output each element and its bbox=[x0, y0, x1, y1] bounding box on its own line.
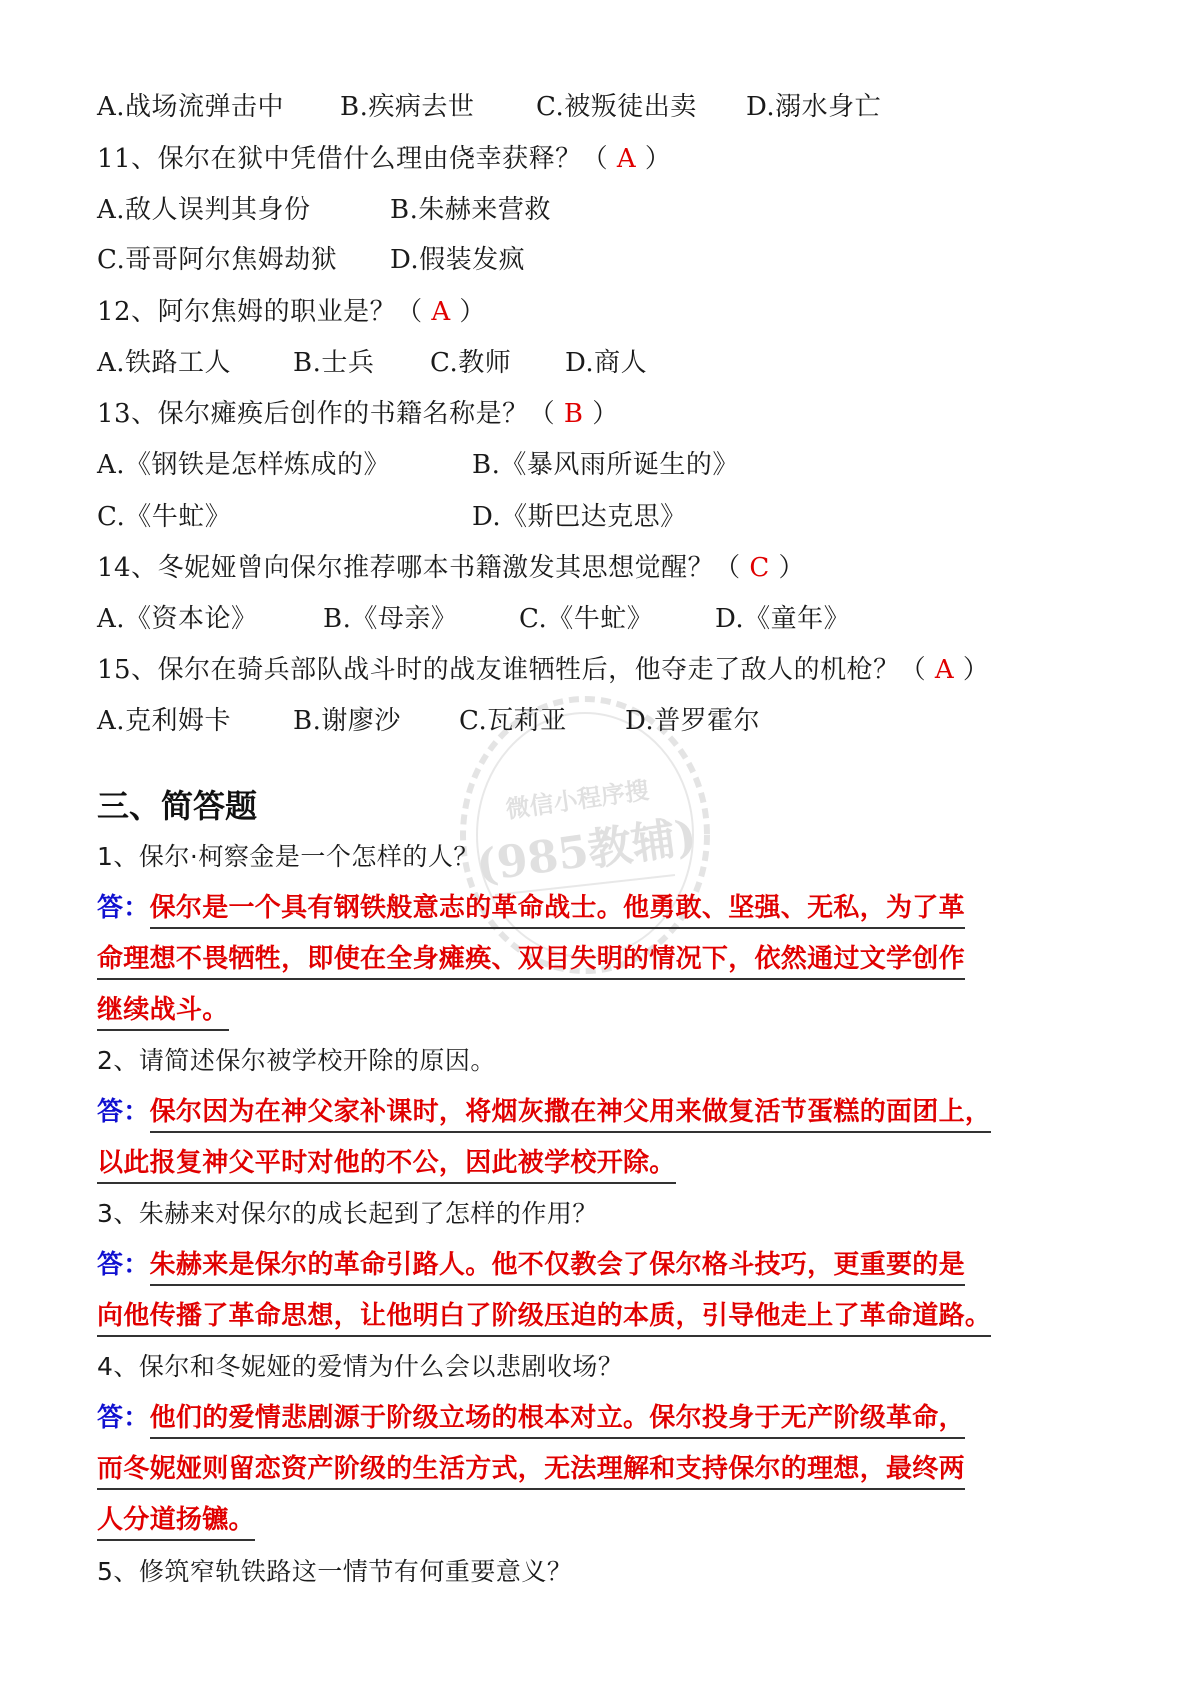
question-11-options-row2: C.哥哥阿尔焦姆劫狱D.假装发疯 bbox=[97, 243, 525, 277]
short-answer-1-line1: 答：保尔是一个具有钢铁般意志的革命战士。他勇敢、坚强、无私，为了革 bbox=[97, 891, 965, 929]
close-paren: ） bbox=[645, 144, 672, 174]
q12-option-a: A.铁路工人 bbox=[97, 346, 293, 380]
question-13: 13、保尔瘫痪后创作的书籍名称是？（ B ） bbox=[97, 397, 619, 431]
answer-label: 答： bbox=[97, 1097, 150, 1127]
document-page: 微信小程序搜 (985教辅) A.战场流弹击中B.疾病去世C.被叛徒出卖D.溺水… bbox=[0, 0, 1190, 1683]
answer-text: 保尔是一个具有钢铁般意志的革命战士。他勇敢、坚强、无私，为了革 bbox=[150, 891, 965, 929]
close-paren: ） bbox=[592, 399, 619, 429]
question-13-options-row2: C.《牛虻》D.《斯巴达克思》 bbox=[97, 500, 687, 534]
short-answer-4-line3: 人分道扬镳。 bbox=[97, 1503, 255, 1541]
q12-option-d: D.商人 bbox=[565, 346, 647, 380]
short-answer-2-line1: 答：保尔因为在神父家补课时，将烟灰撒在神父用来做复活节蛋糕的面团上， bbox=[97, 1095, 991, 1133]
short-answer-1-line3: 继续战斗。 bbox=[97, 993, 229, 1031]
answer-letter: A bbox=[431, 297, 450, 327]
q11-option-a: A.敌人误判其身份 bbox=[97, 193, 390, 227]
answer-text: 朱赫来是保尔的革命引路人。他不仅教会了保尔格斗技巧，更重要的是 bbox=[150, 1248, 965, 1286]
answer-label: 答： bbox=[97, 1250, 150, 1280]
q10-option-c: C.被叛徒出卖 bbox=[536, 90, 746, 124]
question-13-options-row1: A.《钢铁是怎样炼成的》B.《暴风雨所诞生的》 bbox=[97, 448, 739, 482]
question-14-options: A.《资本论》B.《母亲》C.《牛虻》D.《童年》 bbox=[97, 602, 850, 636]
watermark-text-line2: (985教辅) bbox=[472, 800, 700, 894]
short-question-1: 1、保尔·柯察金是一个怎样的人？ bbox=[97, 840, 479, 874]
q14-option-a: A.《资本论》 bbox=[97, 602, 323, 636]
short-question-4: 4、保尔和冬妮娅的爱情为什么会以悲剧收场？ bbox=[97, 1350, 623, 1384]
q13-option-a: A.《钢铁是怎样炼成的》 bbox=[97, 448, 472, 482]
short-answer-2-line2: 以此报复神父平时对他的不公，因此被学校开除。 bbox=[97, 1146, 676, 1184]
question-text: 13、保尔瘫痪后创作的书籍名称是？（ bbox=[97, 399, 555, 429]
short-answer-4-line2: 而冬妮娅则留恋资产阶级的生活方式，无法理解和支持保尔的理想，最终两 bbox=[97, 1452, 965, 1490]
q14-option-b: B.《母亲》 bbox=[323, 602, 519, 636]
answer-letter: A bbox=[935, 655, 954, 685]
answer-letter: B bbox=[564, 399, 584, 429]
answer-text: 保尔因为在神父家补课时，将烟灰撒在神父用来做复活节蛋糕的面团上， bbox=[150, 1095, 992, 1133]
q11-option-b: B.朱赫来营救 bbox=[390, 193, 551, 227]
q15-option-b: B.谢廖沙 bbox=[293, 704, 459, 738]
answer-letter: C bbox=[749, 553, 769, 583]
short-answer-4-line1: 答：他们的爱情悲剧源于阶级立场的根本对立。保尔投身于无产阶级革命， bbox=[97, 1401, 965, 1439]
answer-text: 而冬妮娅则留恋资产阶级的生活方式，无法理解和支持保尔的理想，最终两 bbox=[97, 1452, 965, 1490]
answer-text: 命理想不畏牺牲，即使在全身瘫痪、双目失明的情况下，依然通过文学创作 bbox=[97, 942, 965, 980]
q14-option-d: D.《童年》 bbox=[715, 602, 850, 636]
question-text: 12、阿尔焦姆的职业是？（ bbox=[97, 297, 423, 327]
short-answer-3-line1: 答：朱赫来是保尔的革命引路人。他不仅教会了保尔格斗技巧，更重要的是 bbox=[97, 1248, 965, 1286]
q12-option-b: B.士兵 bbox=[293, 346, 430, 380]
q12-option-c: C.教师 bbox=[430, 346, 565, 380]
q15-option-d: D.普罗霍尔 bbox=[625, 704, 760, 738]
q10-option-d: D.溺水身亡 bbox=[746, 90, 881, 124]
watermark-text-line1: 微信小程序搜 bbox=[503, 770, 650, 825]
question-12-options: A.铁路工人B.士兵C.教师D.商人 bbox=[97, 346, 647, 380]
question-text: 15、保尔在骑兵部队战斗时的战友谁牺牲后，他夺走了敌人的机枪？（ bbox=[97, 655, 926, 685]
q11-option-c: C.哥哥阿尔焦姆劫狱 bbox=[97, 243, 390, 277]
q13-option-d: D.《斯巴达克思》 bbox=[472, 500, 687, 534]
q13-option-c: C.《牛虻》 bbox=[97, 500, 472, 534]
close-paren: ） bbox=[963, 655, 990, 685]
question-14: 14、冬妮娅曾向保尔推荐哪本书籍激发其思想觉醒？（ C ） bbox=[97, 551, 805, 585]
short-question-5: 5、修筑窄轨铁路这一情节有何重要意义？ bbox=[97, 1555, 572, 1589]
close-paren: ） bbox=[779, 553, 806, 583]
short-answer-3-line2: 向他传播了革命思想，让他明白了阶级压迫的本质，引导他走上了革命道路。 bbox=[97, 1299, 991, 1337]
answer-text: 人分道扬镳。 bbox=[97, 1503, 255, 1541]
answer-text: 向他传播了革命思想，让他明白了阶级压迫的本质，引导他走上了革命道路。 bbox=[97, 1299, 991, 1337]
section-title: 三、简答题 bbox=[97, 786, 257, 826]
answer-text: 他们的爱情悲剧源于阶级立场的根本对立。保尔投身于无产阶级革命， bbox=[150, 1401, 965, 1439]
answer-label: 答： bbox=[97, 893, 150, 923]
short-question-3: 3、朱赫来对保尔的成长起到了怎样的作用？ bbox=[97, 1197, 598, 1231]
short-question-2: 2、请简述保尔被学校开除的原因。 bbox=[97, 1044, 496, 1078]
question-text: 11、保尔在狱中凭借什么理由侥幸获释？（ bbox=[97, 144, 608, 174]
q10-options: A.战场流弹击中B.疾病去世C.被叛徒出卖D.溺水身亡 bbox=[97, 90, 881, 124]
question-text: 14、冬妮娅曾向保尔推荐哪本书籍激发其思想觉醒？（ bbox=[97, 553, 741, 583]
question-15-options: A.克利姆卡B.谢廖沙C.瓦莉亚D.普罗霍尔 bbox=[97, 704, 760, 738]
question-15: 15、保尔在骑兵部队战斗时的战友谁牺牲后，他夺走了敌人的机枪？（ A ） bbox=[97, 653, 989, 687]
q10-option-b: B.疾病去世 bbox=[340, 90, 536, 124]
question-11: 11、保尔在狱中凭借什么理由侥幸获释？（ A ） bbox=[97, 142, 671, 176]
answer-label: 答： bbox=[97, 1403, 150, 1433]
close-paren: ） bbox=[459, 297, 486, 327]
q11-option-d: D.假装发疯 bbox=[390, 243, 525, 277]
q15-option-a: A.克利姆卡 bbox=[97, 704, 293, 738]
q13-option-b: B.《暴风雨所诞生的》 bbox=[472, 448, 739, 482]
answer-text: 以此报复神父平时对他的不公，因此被学校开除。 bbox=[97, 1146, 676, 1184]
q14-option-c: C.《牛虻》 bbox=[519, 602, 715, 636]
q10-option-a: A.战场流弹击中 bbox=[97, 90, 340, 124]
question-11-options-row1: A.敌人误判其身份B.朱赫来营救 bbox=[97, 193, 551, 227]
answer-text: 继续战斗。 bbox=[97, 993, 229, 1031]
answer-letter: A bbox=[617, 144, 636, 174]
q15-option-c: C.瓦莉亚 bbox=[459, 704, 625, 738]
question-12: 12、阿尔焦姆的职业是？（ A ） bbox=[97, 295, 486, 329]
short-answer-1-line2: 命理想不畏牺牲，即使在全身瘫痪、双目失明的情况下，依然通过文学创作 bbox=[97, 942, 965, 980]
